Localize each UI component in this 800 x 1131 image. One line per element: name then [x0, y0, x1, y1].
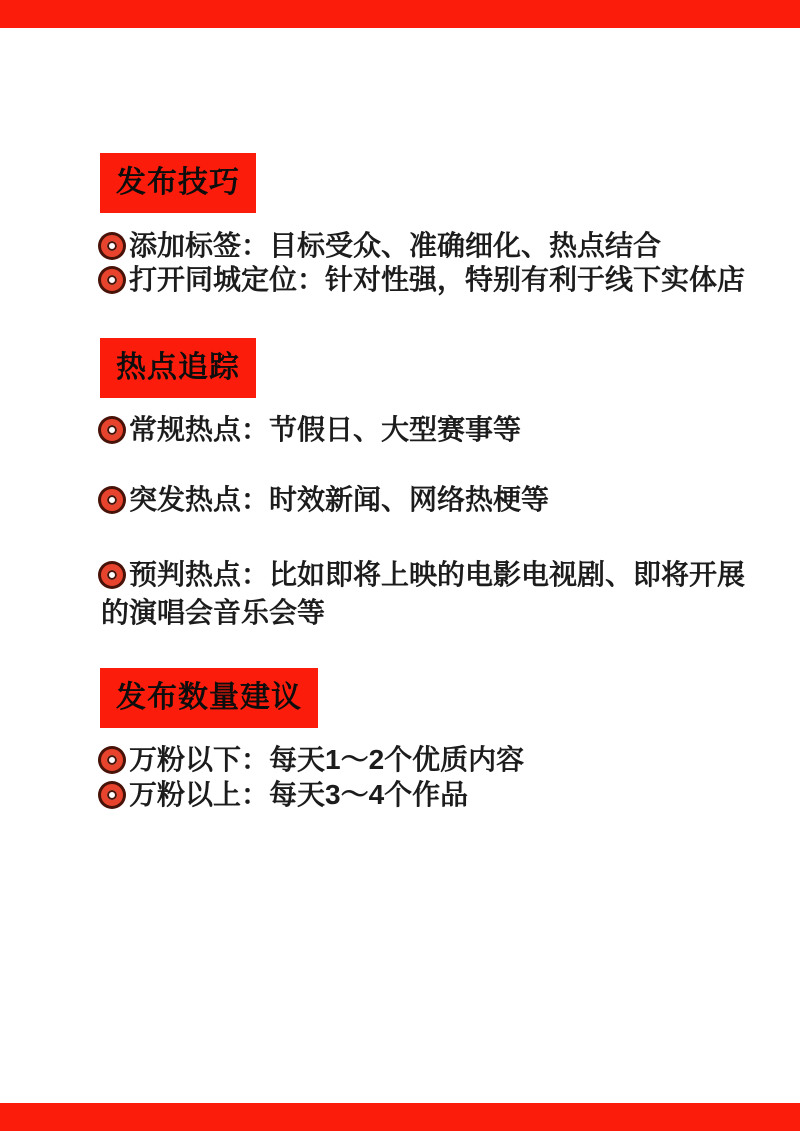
target-ring-icon	[101, 419, 123, 441]
bullet-regular-hotspots: 常规热点：节假日、大型赛事等	[101, 412, 777, 447]
bullet-local-positioning: 打开同城定位：针对性强，特别有利于线下实体店	[101, 262, 777, 297]
bullet-text: 打开同城定位：针对性强，特别有利于线下实体店	[129, 264, 745, 295]
top-red-bar	[0, 0, 800, 28]
bullet-sudden-hotspots: 突发热点：时效新闻、网络热梗等	[101, 482, 777, 517]
section-title-publish-tips: 发布技巧	[100, 153, 256, 213]
target-ring-icon	[101, 269, 123, 291]
section-title-hot-topic-tracking: 热点追踪	[100, 338, 256, 398]
bullet-predicted-hotspots: 预判热点：比如即将上映的电影电视剧、即将开展 的演唱会音乐会等	[101, 556, 777, 632]
bullet-text-line2: 的演唱会音乐会等	[101, 594, 777, 632]
poster-page: 发布技巧 添加标签：目标受众、准确细化、热点结合 打开同城定位：针对性强，特别有…	[0, 0, 800, 1131]
bullet-text: 万粉以下：每天1～2个优质内容	[129, 744, 524, 775]
bullet-over-10k-fans: 万粉以上：每天3～4个作品	[101, 777, 777, 812]
target-ring-icon	[101, 235, 123, 257]
bullet-under-10k-fans: 万粉以下：每天1～2个优质内容	[101, 742, 777, 777]
bullet-add-tags: 添加标签：目标受众、准确细化、热点结合	[101, 228, 777, 263]
target-ring-icon	[101, 784, 123, 806]
bullet-text: 添加标签：目标受众、准确细化、热点结合	[129, 230, 661, 261]
target-ring-icon	[101, 489, 123, 511]
bullet-text: 常规热点：节假日、大型赛事等	[129, 414, 521, 445]
bullet-text: 万粉以上：每天3～4个作品	[129, 779, 468, 810]
section-title-publish-quantity-advice: 发布数量建议	[100, 668, 318, 728]
bottom-red-bar	[0, 1103, 800, 1131]
target-ring-icon	[101, 749, 123, 771]
target-ring-icon	[101, 564, 123, 586]
bullet-text-line1: 预判热点：比如即将上映的电影电视剧、即将开展	[129, 559, 745, 590]
bullet-text: 突发热点：时效新闻、网络热梗等	[129, 484, 549, 515]
